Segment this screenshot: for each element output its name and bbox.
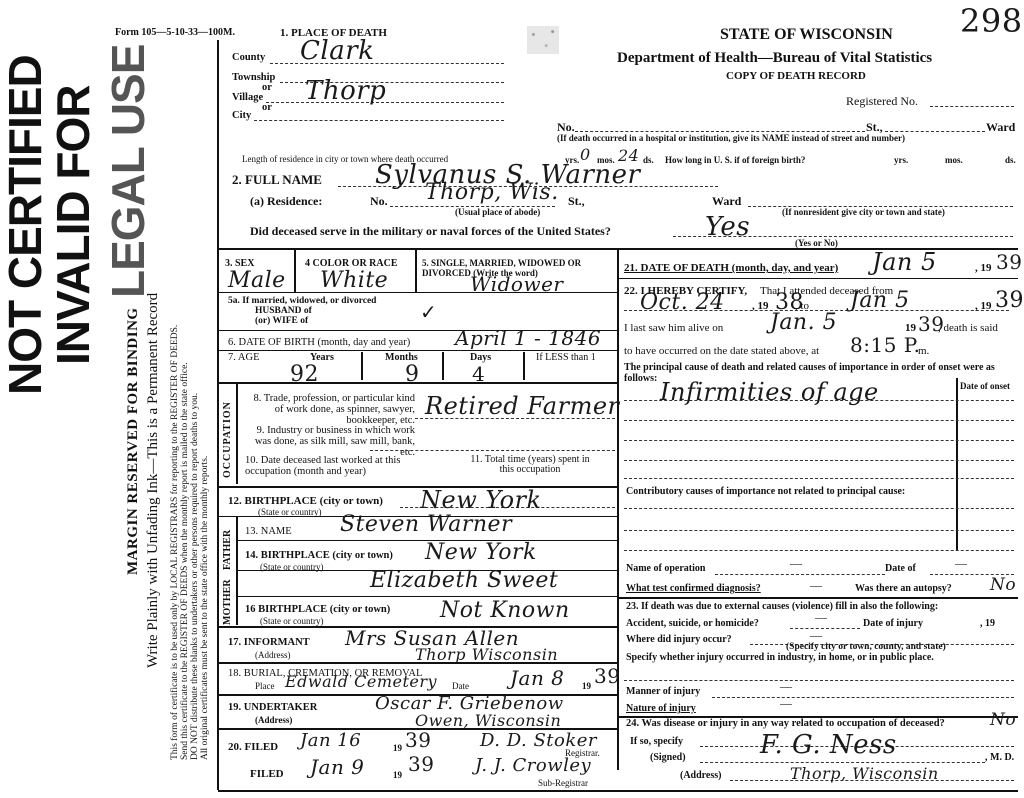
to-year-prefix: , 19 bbox=[975, 300, 992, 312]
street-no-field bbox=[575, 131, 865, 132]
dob-value: April 1 - 1846 bbox=[455, 326, 601, 350]
nonresident-note: (If nonresident give city or town and st… bbox=[782, 207, 945, 217]
military-note: (Yes or No) bbox=[795, 238, 838, 248]
form-number: Form 105—5-10-33—100M. bbox=[115, 27, 235, 38]
specify-label: Specify whether injury occurred in indus… bbox=[626, 652, 934, 663]
accident-value: — bbox=[815, 610, 827, 625]
total-time-label: 11. Total time (years) spent in this occ… bbox=[470, 455, 590, 475]
spouse-label-3: (or) WIFE of bbox=[255, 316, 308, 326]
sub-registrar-label: Sub-Registrar bbox=[538, 778, 588, 788]
signed-field bbox=[700, 762, 985, 763]
county-label: County bbox=[232, 52, 265, 63]
father-side-label: FATHER bbox=[222, 530, 233, 570]
death-said-label: , death is said bbox=[938, 322, 998, 334]
foreign-birth-label: How long in U. S. if of foreign birth? bbox=[665, 155, 805, 165]
mother-side-label: MOTHER bbox=[222, 579, 233, 625]
left-frame-line bbox=[217, 40, 219, 790]
contributory-line-2 bbox=[624, 530, 1014, 531]
cause-line-5 bbox=[624, 478, 1014, 479]
to-year-value: 39 bbox=[995, 288, 1024, 313]
test-value: — bbox=[810, 578, 822, 593]
md-label: , M. D. bbox=[985, 752, 1014, 763]
physician-signature: F. G. Ness bbox=[760, 730, 897, 760]
informant-label: 17. INFORMANT bbox=[228, 637, 310, 648]
operation-field bbox=[715, 574, 885, 575]
accident-label: Accident, suicide, or homicide? bbox=[626, 618, 759, 629]
physician-address: Thorp, Wisconsin bbox=[790, 764, 939, 783]
burial-place-value: Edwald Cemetery bbox=[285, 672, 437, 691]
county-value: Clark bbox=[300, 36, 374, 66]
cause-line-4 bbox=[624, 460, 1014, 461]
foreign-ds-label: ds. bbox=[1005, 155, 1016, 165]
birthplace-value: New York bbox=[420, 486, 542, 514]
where-label: Where did injury occur? bbox=[626, 634, 732, 645]
village-value: Thorp bbox=[305, 76, 386, 106]
legal-use-stamp: LEGAL USE bbox=[105, 45, 151, 298]
scan-artifact bbox=[527, 26, 559, 54]
occupation-top-line bbox=[218, 382, 618, 384]
accident-field bbox=[790, 628, 860, 629]
informant-address-label: (Address) bbox=[255, 650, 291, 660]
occupation-side-divider bbox=[236, 384, 238, 484]
death-date-line bbox=[618, 278, 1018, 279]
father-name-value: Steven Warner bbox=[340, 512, 512, 537]
cause-value: Infirmities of age bbox=[660, 378, 879, 406]
residence-st-label: St., bbox=[568, 194, 585, 209]
parents-side-divider bbox=[236, 517, 238, 625]
manner-field bbox=[712, 697, 1014, 698]
instruction-line-2: Send this certificate to the REGISTER OF… bbox=[180, 362, 190, 760]
manner-label: Manner of injury bbox=[626, 686, 700, 697]
autopsy-label: Was there an autopsy? bbox=[855, 583, 952, 594]
ward-label: Ward bbox=[986, 120, 1015, 135]
last-worked-label: 10. Date deceased last worked at this oc… bbox=[245, 455, 420, 477]
undertaker-address-label: (Address) bbox=[255, 715, 292, 725]
record-type: COPY OF DEATH RECORD bbox=[726, 70, 866, 82]
cause-line-1 bbox=[624, 400, 1014, 401]
res-ds-label: ds. bbox=[643, 155, 654, 165]
full-name-label: 2. FULL NAME bbox=[232, 172, 322, 188]
age-label: 7. AGE bbox=[228, 352, 260, 363]
age-top-line bbox=[218, 350, 618, 351]
specify-occupation-label: If so, specify bbox=[630, 736, 683, 747]
registered-no-label: Registered No. bbox=[846, 94, 918, 109]
undertaker-label: 19. UNDERTAKER bbox=[228, 702, 317, 713]
signed-label: (Signed) bbox=[650, 752, 686, 763]
filed-year: 39 bbox=[405, 728, 431, 752]
spouse-checkmark: ✓ bbox=[420, 300, 437, 324]
village-label: Village bbox=[232, 92, 263, 103]
father-birthplace-label: 14. BIRTHPLACE (city or town) bbox=[245, 550, 393, 561]
trade-label: 8. Trade, profession, or particular kind… bbox=[245, 393, 415, 426]
occupation-side-label: OCCUPATION bbox=[222, 401, 233, 478]
write-plainly-text: Write Plainly with Unfading Ink—This is … bbox=[145, 293, 162, 668]
city-field bbox=[254, 120, 504, 121]
sub-registrar-signature: J. J. Crowley bbox=[475, 755, 591, 776]
contributory-line-1 bbox=[624, 508, 1014, 509]
filed-label: 20. FILED bbox=[228, 741, 278, 753]
nature-value: — bbox=[780, 696, 792, 711]
industry-field bbox=[370, 450, 615, 451]
burial-year-prefix: 19 bbox=[582, 681, 591, 691]
birthplace-label: 12. BIRTHPLACE (city or town) bbox=[228, 495, 383, 507]
sub-filed-year-prefix: 19 bbox=[393, 770, 402, 780]
months-days-divider bbox=[442, 352, 444, 380]
sex-race-divider bbox=[294, 250, 296, 292]
operation-date-label: Date of bbox=[885, 563, 916, 574]
invalid-for-stamp: INVALID FOR bbox=[50, 86, 96, 365]
or-label-1: or bbox=[262, 82, 272, 93]
margin-reserved-text: MARGIN RESERVED FOR BINDING bbox=[125, 307, 142, 575]
mother-birthplace-label: 16 BIRTHPLACE (city or town) bbox=[245, 604, 390, 615]
operation-date-value: — bbox=[955, 556, 967, 571]
autopsy-value: No bbox=[990, 575, 1016, 595]
race-value: White bbox=[320, 268, 388, 293]
attended-to-date: Jan 5 bbox=[850, 288, 910, 313]
contributory-line-3 bbox=[624, 550, 1014, 551]
manner-value: — bbox=[780, 679, 792, 694]
specify-field bbox=[624, 680, 1014, 681]
hospital-note: (If death occurred in a hospital or inst… bbox=[557, 133, 905, 143]
sub-filed-year: 39 bbox=[408, 752, 434, 776]
middle-divider-line bbox=[617, 250, 619, 770]
onset-header: Date of onset bbox=[960, 381, 1010, 391]
where-value: — bbox=[810, 628, 822, 643]
instruction-line-4: All original certificates must be sent t… bbox=[200, 456, 210, 760]
filed-year-prefix: 19 bbox=[393, 743, 402, 753]
physician-address-label: (Address) bbox=[680, 770, 721, 781]
injury-date-label: Date of injury bbox=[863, 618, 923, 629]
less-than-label: If LESS than 1 bbox=[536, 352, 596, 363]
filed-date: Jan 16 bbox=[300, 730, 361, 751]
sub-filed-label: FILED bbox=[250, 768, 284, 780]
death-time: 8:15 P. bbox=[850, 333, 921, 357]
days-less-divider bbox=[523, 352, 525, 380]
contributory-label: Contributory causes of importance not re… bbox=[626, 486, 905, 497]
occupational-label: 24. Was disease or injury in any way rel… bbox=[626, 718, 945, 729]
burial-year-value: 39 bbox=[594, 664, 620, 688]
spouse-label-2: HUSBAND of bbox=[255, 306, 312, 316]
burial-date-label: Date bbox=[452, 681, 469, 691]
birthplace-top-line bbox=[218, 486, 618, 488]
dob-label: 6. DATE OF BIRTH (month, day and year) bbox=[228, 337, 410, 348]
page-number: 298 bbox=[960, 2, 1023, 40]
industry-label: 9. Industry or business in which work wa… bbox=[245, 425, 415, 458]
where-note: (Specify city or town, county, and state… bbox=[786, 642, 946, 652]
instruction-line-1: This form of certificate is to be used o… bbox=[170, 325, 180, 760]
death-year-value: 39 bbox=[996, 250, 1022, 274]
operation-label: Name of operation bbox=[626, 563, 705, 574]
foreign-yrs-label: yrs. bbox=[894, 155, 908, 165]
attended-from-date: Oct. 24 bbox=[640, 290, 725, 315]
nature-label: Nature of injury bbox=[626, 703, 696, 714]
death-date-value: Jan 5 bbox=[872, 248, 937, 276]
burial-date-value: Jan 8 bbox=[510, 666, 564, 690]
death-time-suffix: m. bbox=[918, 345, 929, 357]
last-saw-label: I last saw him alive on bbox=[624, 322, 723, 334]
father-name-label: 13. NAME bbox=[245, 526, 292, 537]
external-label: 23. If death was due to external causes … bbox=[626, 601, 938, 612]
burial-place-label: Place bbox=[255, 681, 275, 691]
mother-birthplace-value: Not Known bbox=[440, 598, 570, 623]
bottom-left-line bbox=[218, 790, 618, 792]
instruction-line-3: DO NOT distribute these blanks to undert… bbox=[190, 393, 200, 760]
bottom-right-line bbox=[618, 790, 1018, 792]
military-label: Did deceased serve in the military or na… bbox=[250, 224, 611, 239]
sub-filed-date: Jan 9 bbox=[310, 755, 364, 779]
residence-ward-label: Ward bbox=[712, 194, 741, 209]
or-label-2: or bbox=[262, 102, 272, 113]
ward-field bbox=[885, 131, 985, 132]
not-certified-stamp: NOT CERTIFIED bbox=[2, 55, 48, 395]
test-label: What test confirmed diagnosis? bbox=[626, 583, 761, 594]
mother-birthplace-note: (State or country) bbox=[260, 616, 323, 626]
sex-value: Male bbox=[228, 268, 286, 293]
trade-value: Retired Farmer bbox=[425, 392, 620, 420]
foreign-mos-label: mos. bbox=[945, 155, 963, 165]
race-marital-divider bbox=[415, 250, 417, 292]
mother-name-value: Elizabeth Sweet bbox=[370, 568, 558, 593]
cause-line-2 bbox=[624, 420, 1014, 421]
burial-top-line bbox=[218, 662, 618, 664]
state-title: STATE OF WISCONSIN bbox=[720, 26, 893, 44]
occupational-value: No bbox=[990, 710, 1016, 730]
residence-no-label: No. bbox=[370, 194, 388, 209]
mother-birthplace-line bbox=[236, 596, 618, 597]
residence-label: (a) Residence: bbox=[250, 194, 322, 209]
spouse-top-line bbox=[218, 292, 618, 293]
external-top-line bbox=[618, 597, 1018, 599]
military-value: Yes bbox=[705, 212, 750, 242]
occurred-label: to have occurred on the date stated abov… bbox=[624, 345, 819, 357]
registered-no-field bbox=[930, 106, 1014, 107]
spouse-label-1: 5a. If married, widowed, or divorced bbox=[228, 296, 376, 306]
cause-line-3 bbox=[624, 440, 1014, 441]
residence-value: Thorp, Wis. bbox=[425, 180, 559, 205]
years-months-divider bbox=[361, 352, 363, 380]
abode-note: (Usual place of abode) bbox=[455, 207, 540, 217]
city-label: City bbox=[232, 110, 251, 121]
death-year-prefix: , 19 bbox=[975, 262, 992, 274]
last-saw-date: Jan. 5 bbox=[770, 310, 837, 335]
injury-year-label: , 19 bbox=[980, 618, 995, 629]
from-year-prefix: , 19 bbox=[752, 300, 769, 312]
department-title: Department of Health—Bureau of Vital Sta… bbox=[617, 50, 932, 67]
onset-column-line bbox=[956, 378, 958, 550]
death-date-label: 21. DATE OF DEATH (month, day, and year) bbox=[624, 262, 838, 274]
father-birthplace-value: New York bbox=[425, 540, 537, 565]
operation-value: — bbox=[790, 556, 802, 571]
